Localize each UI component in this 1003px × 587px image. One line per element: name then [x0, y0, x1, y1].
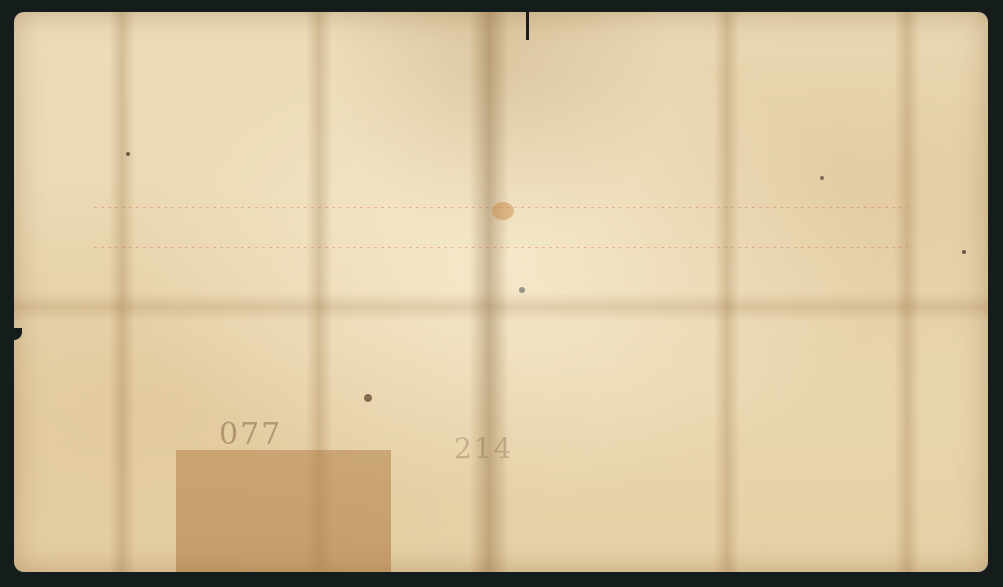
tear	[526, 12, 529, 40]
paper-note: 077 214	[14, 12, 988, 572]
number-fragment: 214	[454, 432, 513, 465]
ink-spot	[962, 250, 966, 254]
serial-fragment: 077	[219, 417, 282, 452]
horizontal-fold	[14, 292, 988, 322]
print-show-through	[94, 247, 908, 248]
foxing-stain	[492, 202, 514, 220]
edge-notch	[14, 328, 22, 340]
ink-spot	[126, 152, 130, 156]
ink-spot	[364, 394, 372, 402]
tape-stain-patch	[176, 450, 391, 572]
ink-spot	[820, 176, 824, 180]
ink-spot	[519, 287, 525, 293]
